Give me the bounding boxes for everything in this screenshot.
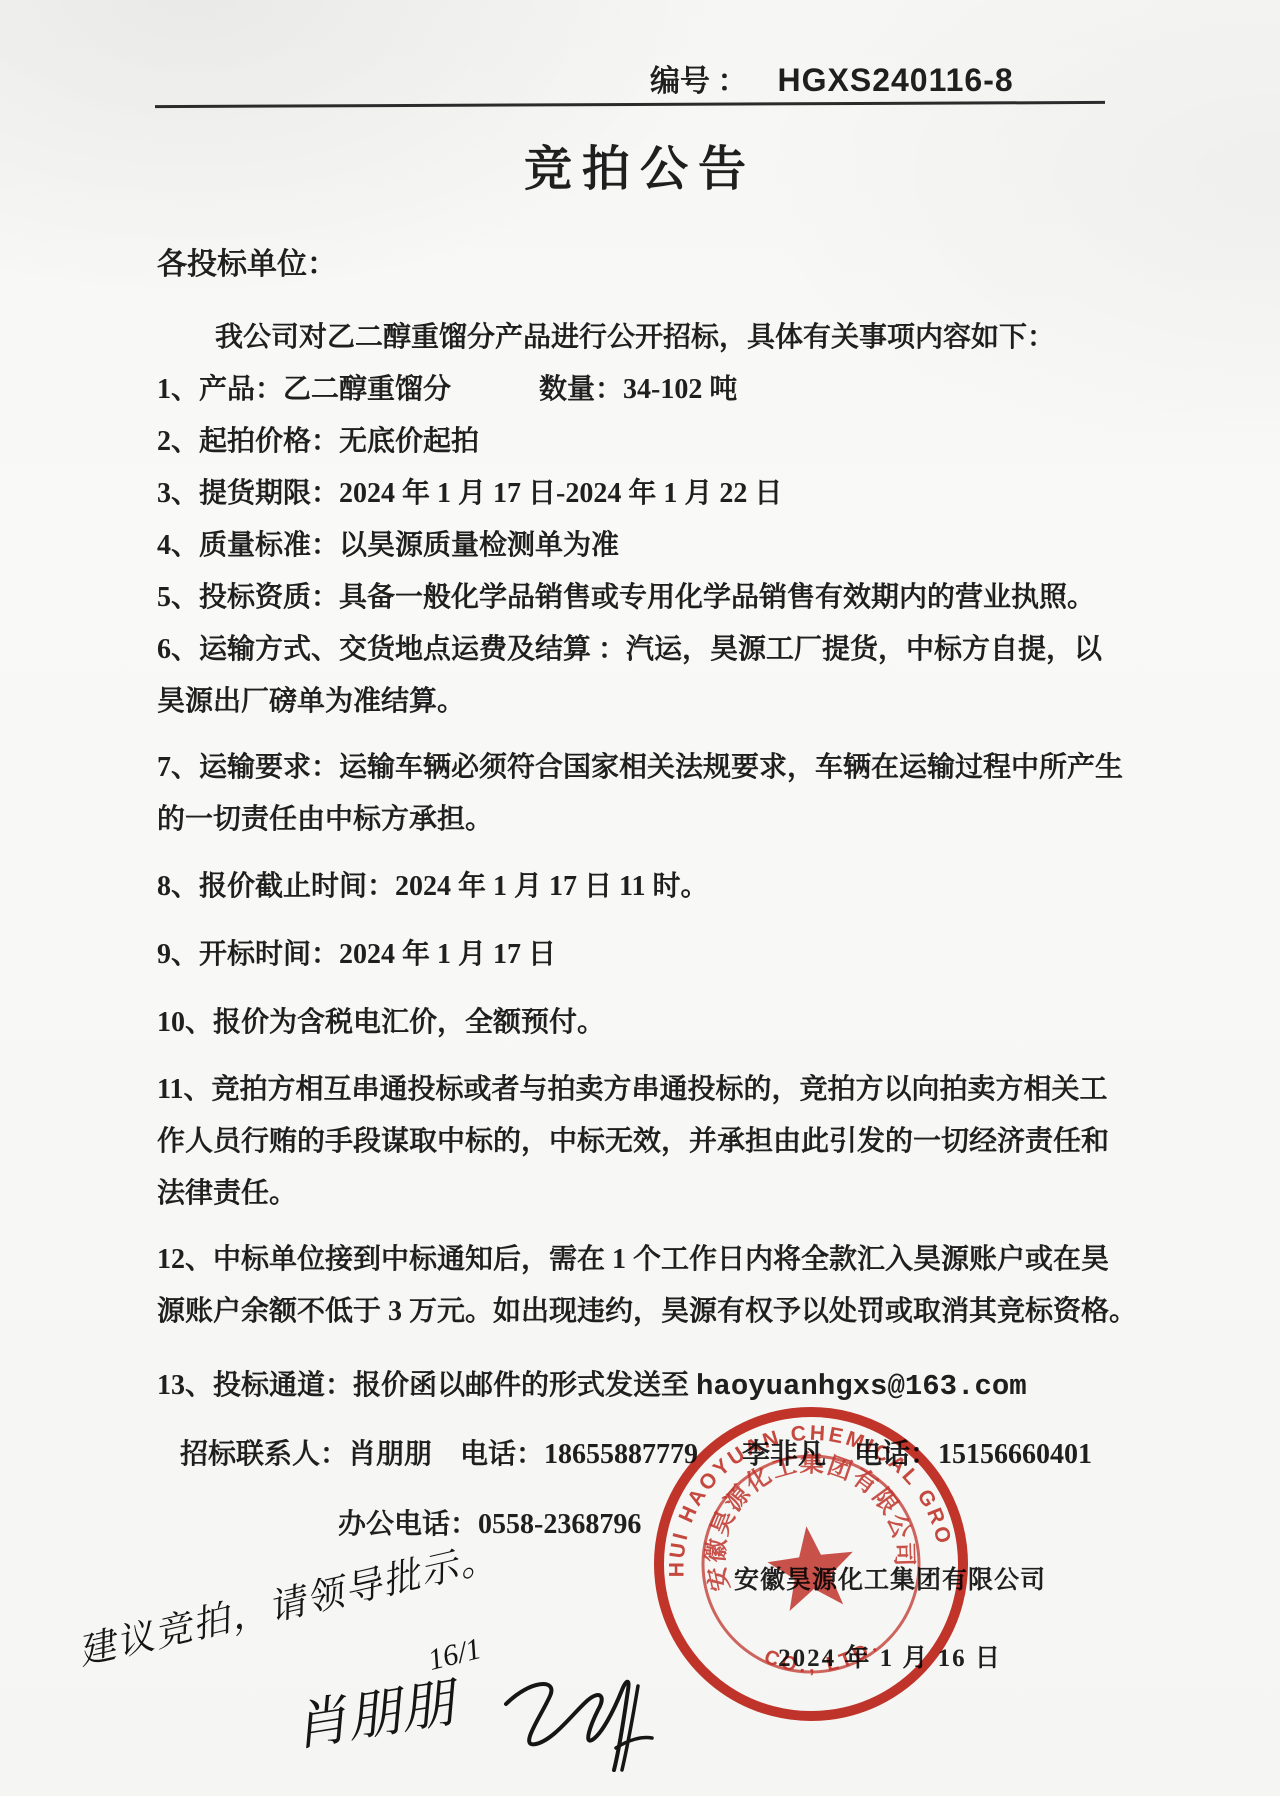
reference-number: HGXS240116-8 [778,62,1014,98]
contact-primary: 招标联系人：肖朋朋 电话：18655887779 [180,1439,698,1470]
header-underline [155,101,1105,108]
item-1-quantity: 数量：34-102 吨 [539,374,737,405]
scanned-document-page: 编号 ：HGXS240116-8 竞拍公告 各投标单位： 我公司对乙二醇重馏分产… [0,0,1280,1796]
item-11: 11、竞拍方相互串通投标或者与拍卖方串通投标的，竞拍方以向拍卖方相关工 作人员行… [157,1064,1142,1220]
salutation: 各投标单位： [157,244,1142,286]
item-12: 12、中标单位接到中标通知后，需在 1 个工作日内将全款汇入昊源账户或在昊 源账… [157,1234,1142,1338]
item-1-product: 1、产品：乙二醇重馏分 [157,374,451,405]
document-body: 各投标单位： 我公司对乙二醇重馏分产品进行公开招标，具体有关事项内容如下： 1、… [157,244,1142,1413]
seal-english-bottom: CO., LTD. [759,1632,887,1684]
item-9: 9、开标时间：2024 年 1 月 17 日 [157,929,1142,981]
svg-text:CO., LTD.: CO., LTD. [759,1632,887,1684]
item-13-text: 13、投标通道：报价函以邮件的形式发送至 [157,1370,696,1401]
company-seal: ANHUI HAOYUAN CHEMICAL GROUP CO., LTD. 安… [626,1379,996,1749]
item-5: 5、投标资质：具备一般化学品销售或专用化学品销售有效期内的营业执照。 [157,572,1142,624]
handwritten-date-1: 16/1 [425,1632,485,1678]
intro-paragraph: 我公司对乙二醇重馏分产品进行公开招标，具体有关事项内容如下： [157,312,1142,364]
reference-label: 编号 ： [650,65,748,98]
item-7: 7、运输要求：运输车辆必须符合国家相关法规要求，车辆在运输过程中所产生 的一切责… [157,742,1142,846]
item-13: 13、投标通道：报价函以邮件的形式发送至 haoyuanhgxs@163.com [157,1360,1142,1413]
seal-star-icon [764,1521,859,1613]
item-10: 10、报价为含税电汇价，全额预付。 [157,997,1142,1049]
item-1: 1、产品：乙二醇重馏分数量：34-102 吨 [157,364,1142,416]
item-6: 6、运输方式、交货地点运费及结算 ：汽运，昊源工厂提货，中标方自提，以 昊源出厂… [157,624,1142,728]
item-8: 8、报价截止时间：2024 年 1 月 17 日 11 时。 [157,861,1142,913]
item-4: 4、质量标准：以昊源质量检测单为准 [157,520,1142,572]
item-3: 3、提货期限：2024 年 1 月 17 日-2024 年 1 月 22 日 [157,468,1142,520]
document-title: 竞拍公告 [0,130,1280,199]
reference-number-line: 编号 ：HGXS240116-8 [650,56,1014,100]
handwritten-signature-2 [488,1652,668,1796]
item-2: 2、起拍价格：无底价起拍 [157,416,1142,468]
